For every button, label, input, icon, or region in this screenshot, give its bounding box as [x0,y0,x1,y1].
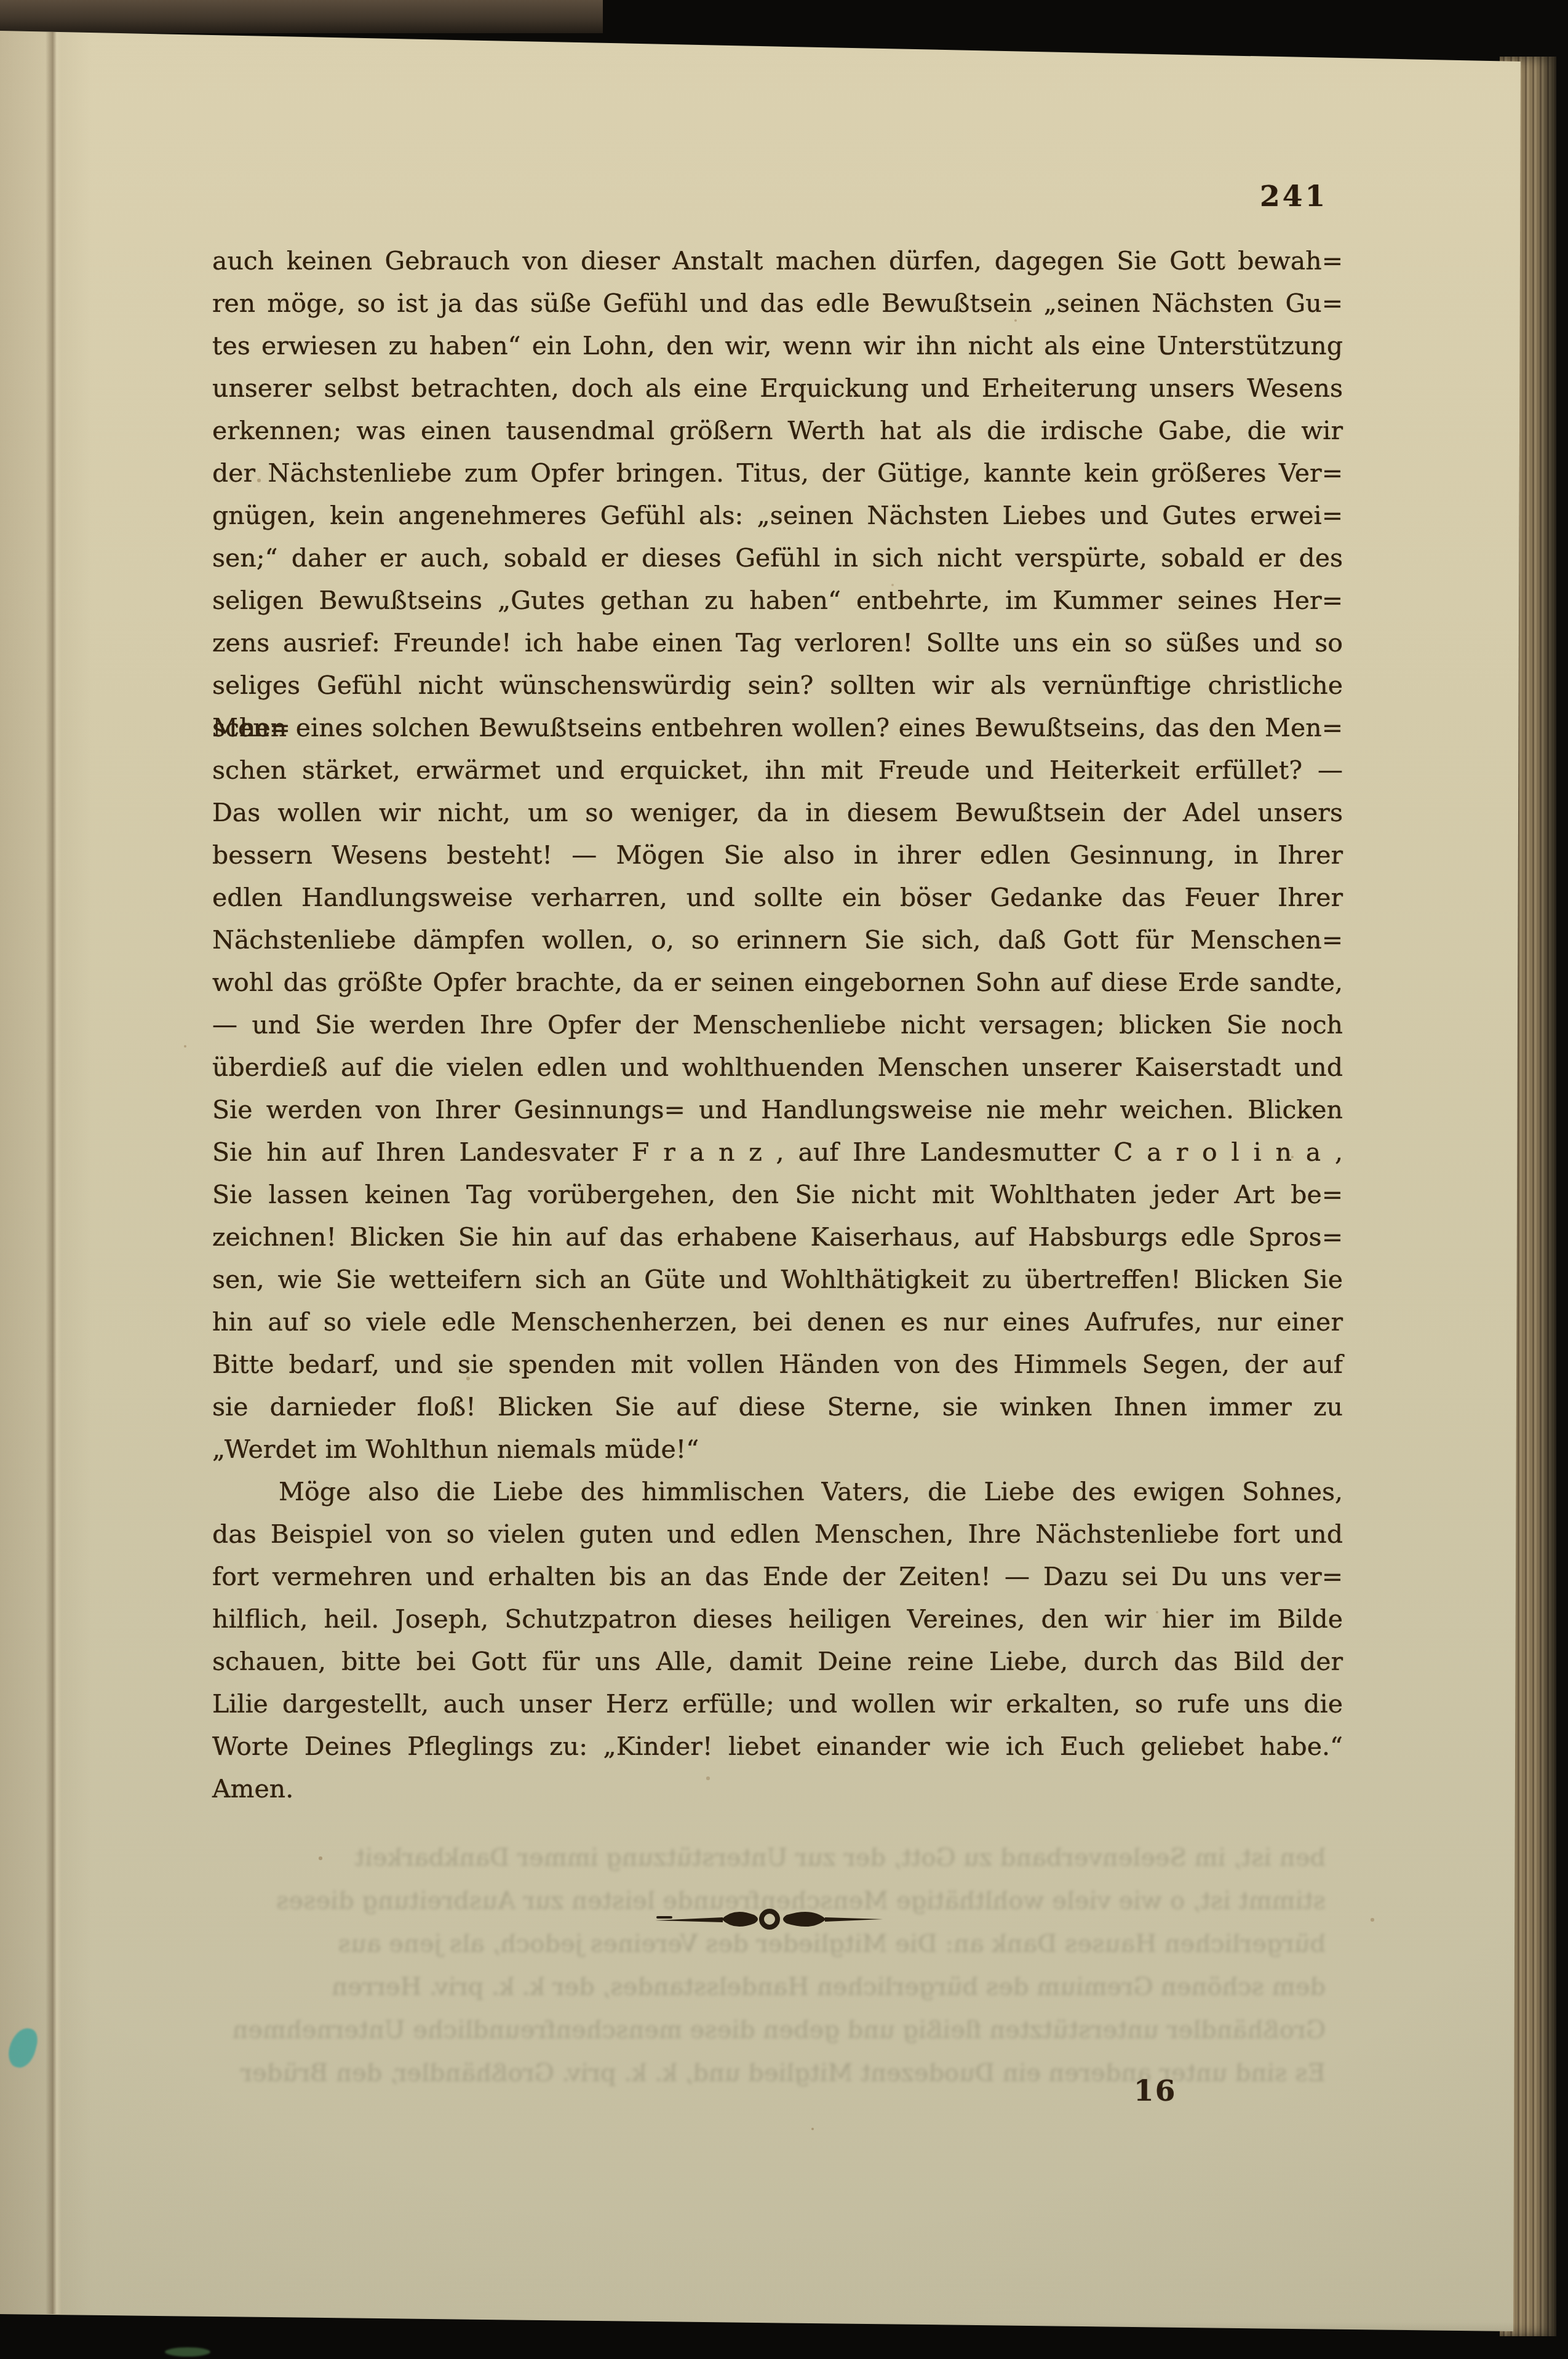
bleed-through-line: dem schönen Gremium des bürgerlichen Han… [218,1965,1326,2008]
book-scan: 241 ben ist, im Seelenverband zu Gott, d… [0,0,1568,2359]
green-stain [165,2347,210,2357]
text-line: Sie werden von Ihrer Gesinnungs= und Han… [212,1089,1343,1131]
text-line: Amen. [212,1768,1343,1810]
bleed-through-line: ben ist, im Seelenverband zu Gott, der z… [218,1836,1326,1879]
text-line: gnügen, kein angenehmeres Gefühl als: „s… [212,495,1343,537]
text-line: bessern Wesens besteht! — Mögen Sie also… [212,834,1343,877]
book-cover-top-edge [0,0,603,33]
text-line: hilflich, heil. Joseph, Schutzpatron die… [212,1598,1343,1641]
text-line: Sie lassen keinen Tag vorübergehen, den … [212,1174,1343,1216]
page-number: 241 [1260,180,1327,213]
text-line: — und Sie werden Ihre Opfer der Menschen… [212,1004,1343,1046]
text-line: Lilie dargestellt, auch unser Herz erfül… [212,1683,1343,1725]
text-line: erkennen; was einen tausendmal größern W… [212,410,1343,452]
text-line: „Werdet im Wohlthun niemals müde!“ [212,1428,1343,1471]
body-text: auch keinen Gebrauch von dieser Anstalt … [212,240,1343,1810]
text-line: schen eines solchen Bewußtseins entbehre… [212,707,1343,749]
gutter-crease [46,32,62,2314]
text-line: fort vermehren und erhalten bis an das E… [212,1556,1343,1598]
text-line: auch keinen Gebrauch von dieser Anstalt … [212,240,1343,282]
text-line: hin auf so viele edle Menschenherzen, be… [212,1301,1343,1343]
text-line: zeichnen! Blicken Sie hin auf das erhabe… [212,1216,1343,1259]
text-line: seligen Bewußtseins „Gutes gethan zu hab… [212,579,1343,622]
ornament-divider [654,1902,885,1936]
bleed-through-text: ben ist, im Seelenverband zu Gott, der z… [218,1836,1326,2094]
text-line: seliges Gefühl nicht wünschenswürdig sei… [212,664,1343,707]
text-line: das Beispiel von so vielen guten und edl… [212,1513,1343,1556]
text-line: Bitte bedarf, und sie spenden mit vollen… [212,1343,1343,1386]
text-line: zens ausrief: Freunde! ich habe einen Ta… [212,622,1343,664]
text-line: Worte Deines Pfleglings zu: „Kinder! lie… [212,1725,1343,1768]
text-line: Sie hin auf Ihren Landesvater F r a n z … [212,1131,1343,1174]
text-line: wohl das größte Opfer brachte, da er sei… [212,961,1343,1004]
text-line: sen, wie Sie wetteifern sich an Güte und… [212,1259,1343,1301]
text-line: sie darnieder floß! Blicken Sie auf dies… [212,1386,1343,1428]
page: 241 ben ist, im Seelenverband zu Gott, d… [0,0,1568,2359]
text-line: ren möge, so ist ja das süße Gefühl und … [212,282,1343,325]
text-line: sen;“ daher er auch, sobald er dieses Ge… [212,537,1343,579]
text-line: unserer selbst betrachten, doch als eine… [212,367,1343,410]
teal-stain [6,2025,41,2071]
text-line: schauen, bitte bei Gott für uns Alle, da… [212,1641,1343,1683]
text-line: Nächstenliebe dämpfen wollen, o, so erin… [212,919,1343,961]
text-line: edlen Handlungsweise verharren, und soll… [212,877,1343,919]
signature-number: 16 [1134,2074,1176,2108]
text-line: Das wollen wir nicht, um so weniger, da … [212,792,1343,834]
text-line: schen stärket, erwärmet und erquicket, i… [212,749,1343,792]
text-line: Möge also die Liebe des himmlischen Vate… [212,1471,1343,1513]
bleed-through-line: Großhändler unterstützten fleißig und ge… [218,2008,1326,2051]
text-line: der Nächstenliebe zum Opfer bringen. Tit… [212,452,1343,495]
text-line: tes erwiesen zu haben“ ein Lohn, den wir… [212,325,1343,367]
text-line: überdieß auf die vielen edlen und wohlth… [212,1046,1343,1089]
